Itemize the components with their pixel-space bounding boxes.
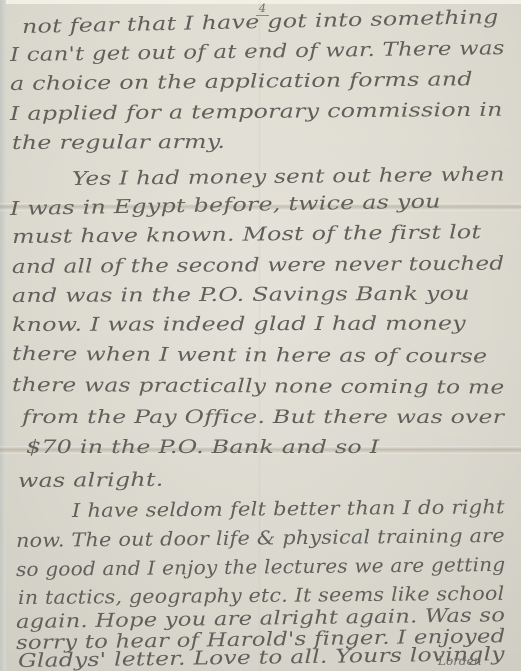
letter-body: not fear that I have got into something …: [0, 0, 521, 671]
letter-line: Yes I had money sent out here when: [72, 163, 505, 190]
letter-line: I have seldom felt better than I do righ…: [72, 496, 505, 522]
letter-line: so good and I enjoy the lectures we are …: [16, 554, 506, 581]
letter-line: must have known. Most of the first lot: [12, 221, 481, 248]
signature: Lorden: [438, 654, 481, 668]
letter-page: 4 not fear that I have got into somethin…: [0, 0, 521, 671]
letter-line: the regular army.: [12, 131, 225, 154]
letter-line: there was practically none coming to me: [12, 374, 505, 399]
letter-line: and all of the second were never touched: [12, 253, 504, 278]
letter-line: I can't get out of at end of war. There …: [10, 37, 505, 66]
letter-line: I applied for a temporary commission in: [10, 99, 503, 125]
letter-line: and was in the P.O. Savings Bank you: [12, 283, 470, 307]
letter-line: know. I was indeed glad I had money: [12, 312, 466, 336]
letter-line: now. The out door life & physical traini…: [16, 525, 505, 552]
letter-line: there when I went in here as of course: [12, 343, 487, 367]
letter-line: not fear that I have got into something: [22, 6, 499, 38]
letter-line: I was in Egypt before, twice as you: [10, 190, 441, 220]
letter-line: $70 in the P.O. Bank and so I: [26, 436, 379, 458]
letter-line: was alright.: [18, 469, 164, 492]
letter-line: from the Pay Office. But there was over: [22, 406, 504, 428]
letter-line: a choice on the application forms and: [10, 68, 473, 95]
